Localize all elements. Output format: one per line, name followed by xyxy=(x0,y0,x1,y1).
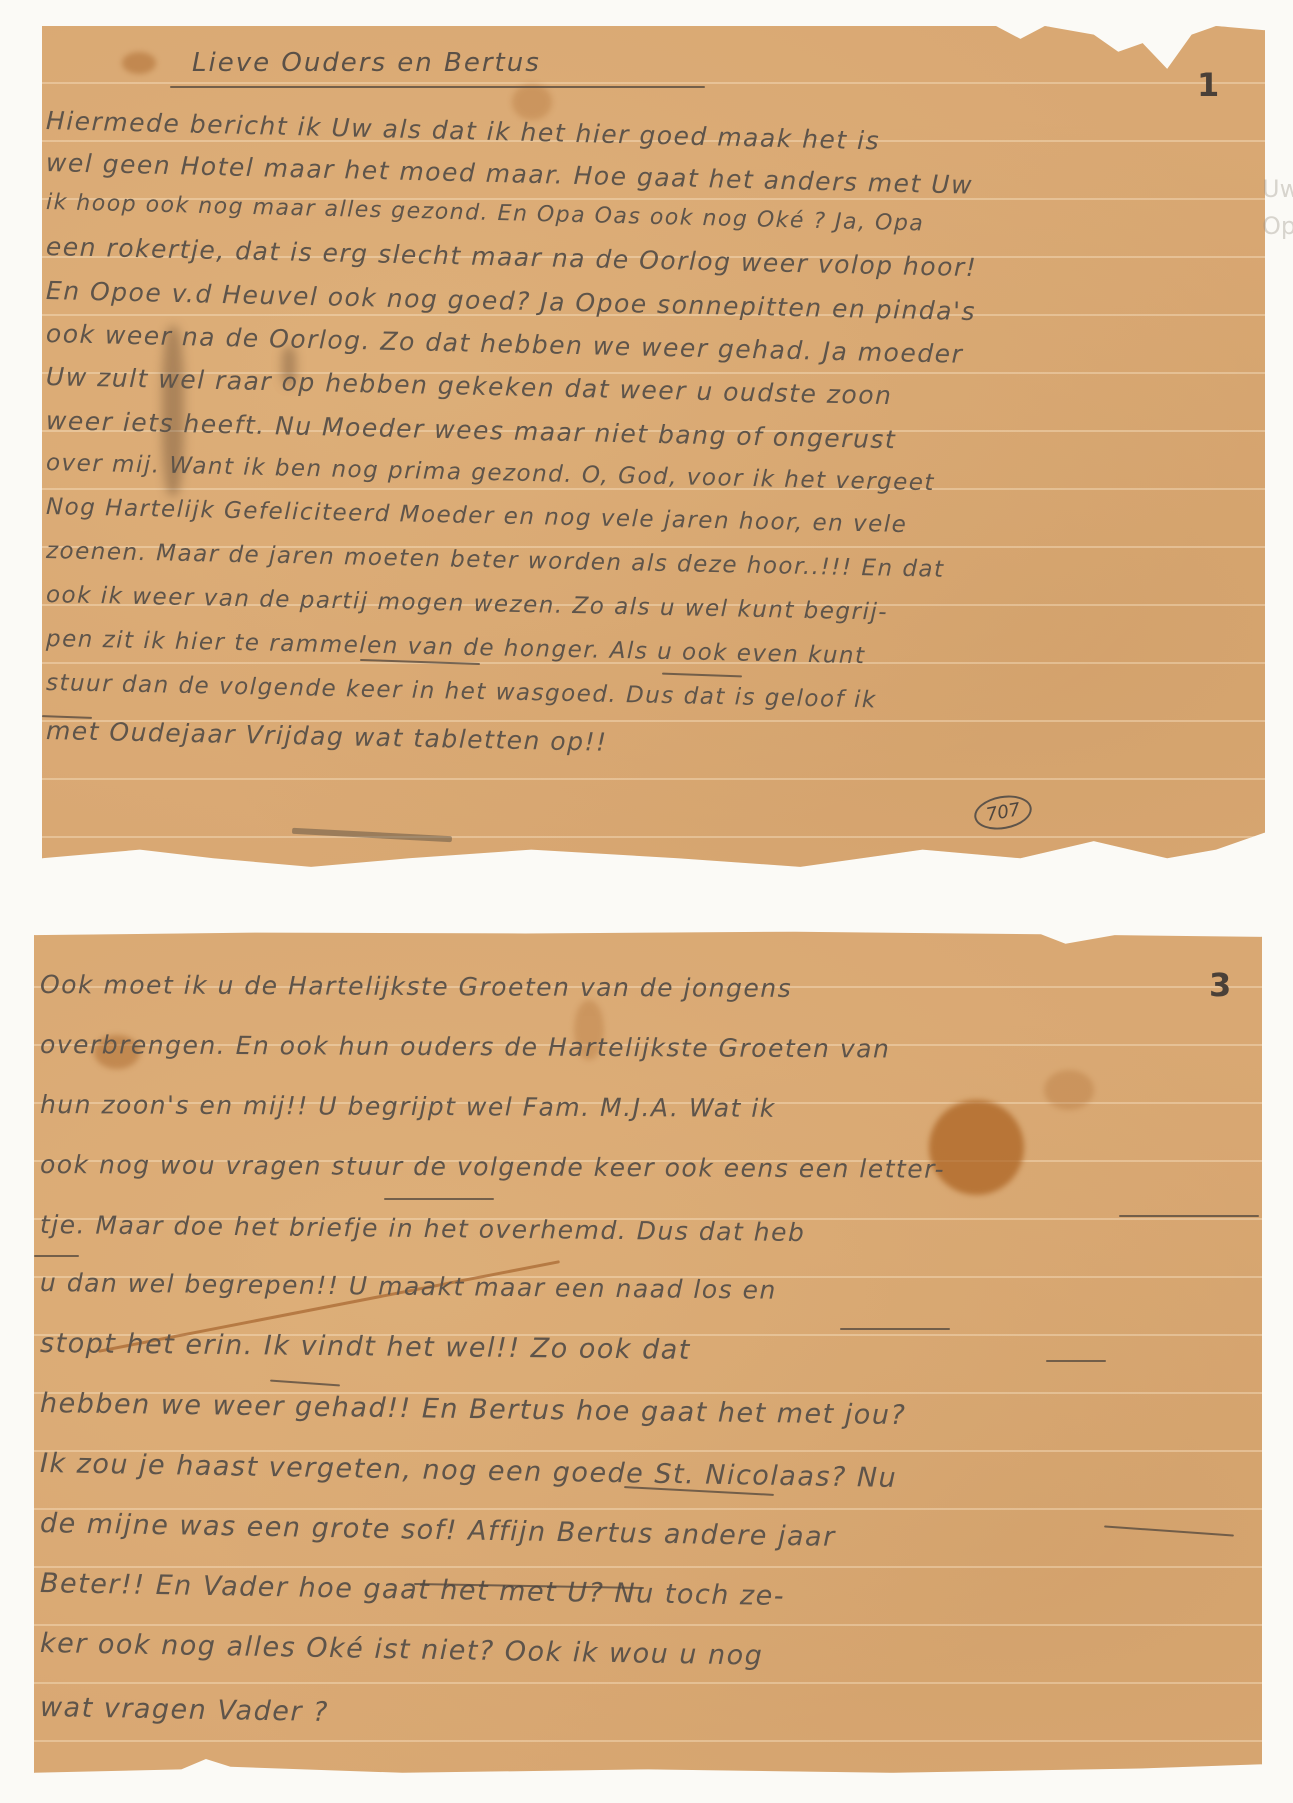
underline-los xyxy=(1046,1360,1106,1362)
letter-line: wat vragen Vader ? xyxy=(40,1692,329,1728)
letter-line: een rokertje, dat is erg slecht maar na … xyxy=(46,232,978,282)
page-number: 1 xyxy=(1197,66,1219,104)
circled-annotation: 707 xyxy=(972,791,1035,834)
bleed-through-text: Uwo xyxy=(1262,175,1293,203)
underline-honger xyxy=(662,673,742,678)
letter-line: tje. Maar doe het briefje in het overhem… xyxy=(40,1210,806,1247)
letter-sheet-1: Lieve Ouders en Bertus 1 Hiermede berich… xyxy=(42,26,1265,884)
letter-line: wel geen Hotel maar het moed maar. Hoe g… xyxy=(46,148,974,200)
letter-line: u dan wel begrepen!! U maakt maar een na… xyxy=(40,1268,777,1305)
letter-line: ook ik weer van de partij mogen wezen. Z… xyxy=(46,582,889,626)
letter-line: ik hoop ook nog maar alles gezond. En Op… xyxy=(46,190,925,236)
letter-line: Hiermede bericht ik Uw als dat ik het hi… xyxy=(46,106,881,155)
letter-line: stopt het erin. Ik vindt het wel!! Zo oo… xyxy=(40,1328,691,1366)
letter-line: stuur dan de volgende keer in het wasgoe… xyxy=(46,670,877,713)
stain xyxy=(122,52,156,74)
letter-line: over mij. Want ik ben nog prima gezond. … xyxy=(46,450,936,496)
underline-stuur xyxy=(384,1198,494,1200)
letter-line: de mijne was een grote sof! Affijn Bertu… xyxy=(40,1508,836,1553)
stain xyxy=(1044,1070,1094,1110)
underline-tje xyxy=(34,1255,79,1257)
salutation: Lieve Ouders en Bertus xyxy=(192,48,541,78)
underline-letter xyxy=(1119,1215,1259,1217)
letter-line: Nog Hartelijk Gefeliciteerd Moeder en no… xyxy=(46,494,908,538)
letter-line: En Opoe v.d Heuvel ook nog goed? Ja Opoe… xyxy=(46,276,977,326)
underline-st-nicolaas xyxy=(1104,1525,1234,1536)
document-scan: Lieve Ouders en Bertus 1 Hiermede berich… xyxy=(0,0,1293,1803)
page-number: 3 xyxy=(1209,966,1231,1004)
letter-line: Ik zou je haast vergeten, nog een goede … xyxy=(40,1448,898,1494)
letter-line: overbrengen. En ook hun ouders de Hartel… xyxy=(40,1030,890,1063)
letter-sheet-2: 3 Ook moet ik u de Hartelijkste Groeten … xyxy=(34,930,1262,1790)
letter-line: hun zoon's en mij!! U begrijpt wel Fam. … xyxy=(40,1090,776,1123)
stain xyxy=(512,84,552,120)
letter-line: Beter!! En Vader hoe gaat het met U? Nu … xyxy=(40,1568,786,1612)
underline-vrijdag xyxy=(292,828,452,842)
salutation-underline xyxy=(170,86,705,88)
underline-naad xyxy=(840,1328,950,1330)
underline-erin xyxy=(270,1380,340,1387)
bleed-through-text: Opa xyxy=(1262,212,1293,240)
letter-line: ker ook nog alles Oké ist niet? Ook ik w… xyxy=(40,1628,764,1672)
letter-line: Ook moet ik u de Hartelijkste Groeten va… xyxy=(40,970,792,1003)
letter-line: met Oudejaar Vrijdag wat tabletten op!! xyxy=(46,716,608,757)
letter-line: ook weer na de Oorlog. Zo dat hebben we … xyxy=(46,319,964,369)
letter-line: hebben we weer gehad!! En Bertus hoe gaa… xyxy=(40,1388,907,1431)
letter-line: zoenen. Maar de jaren moeten beter worde… xyxy=(46,538,945,583)
letter-line: ook nog wou vragen stuur de volgende kee… xyxy=(40,1150,945,1184)
